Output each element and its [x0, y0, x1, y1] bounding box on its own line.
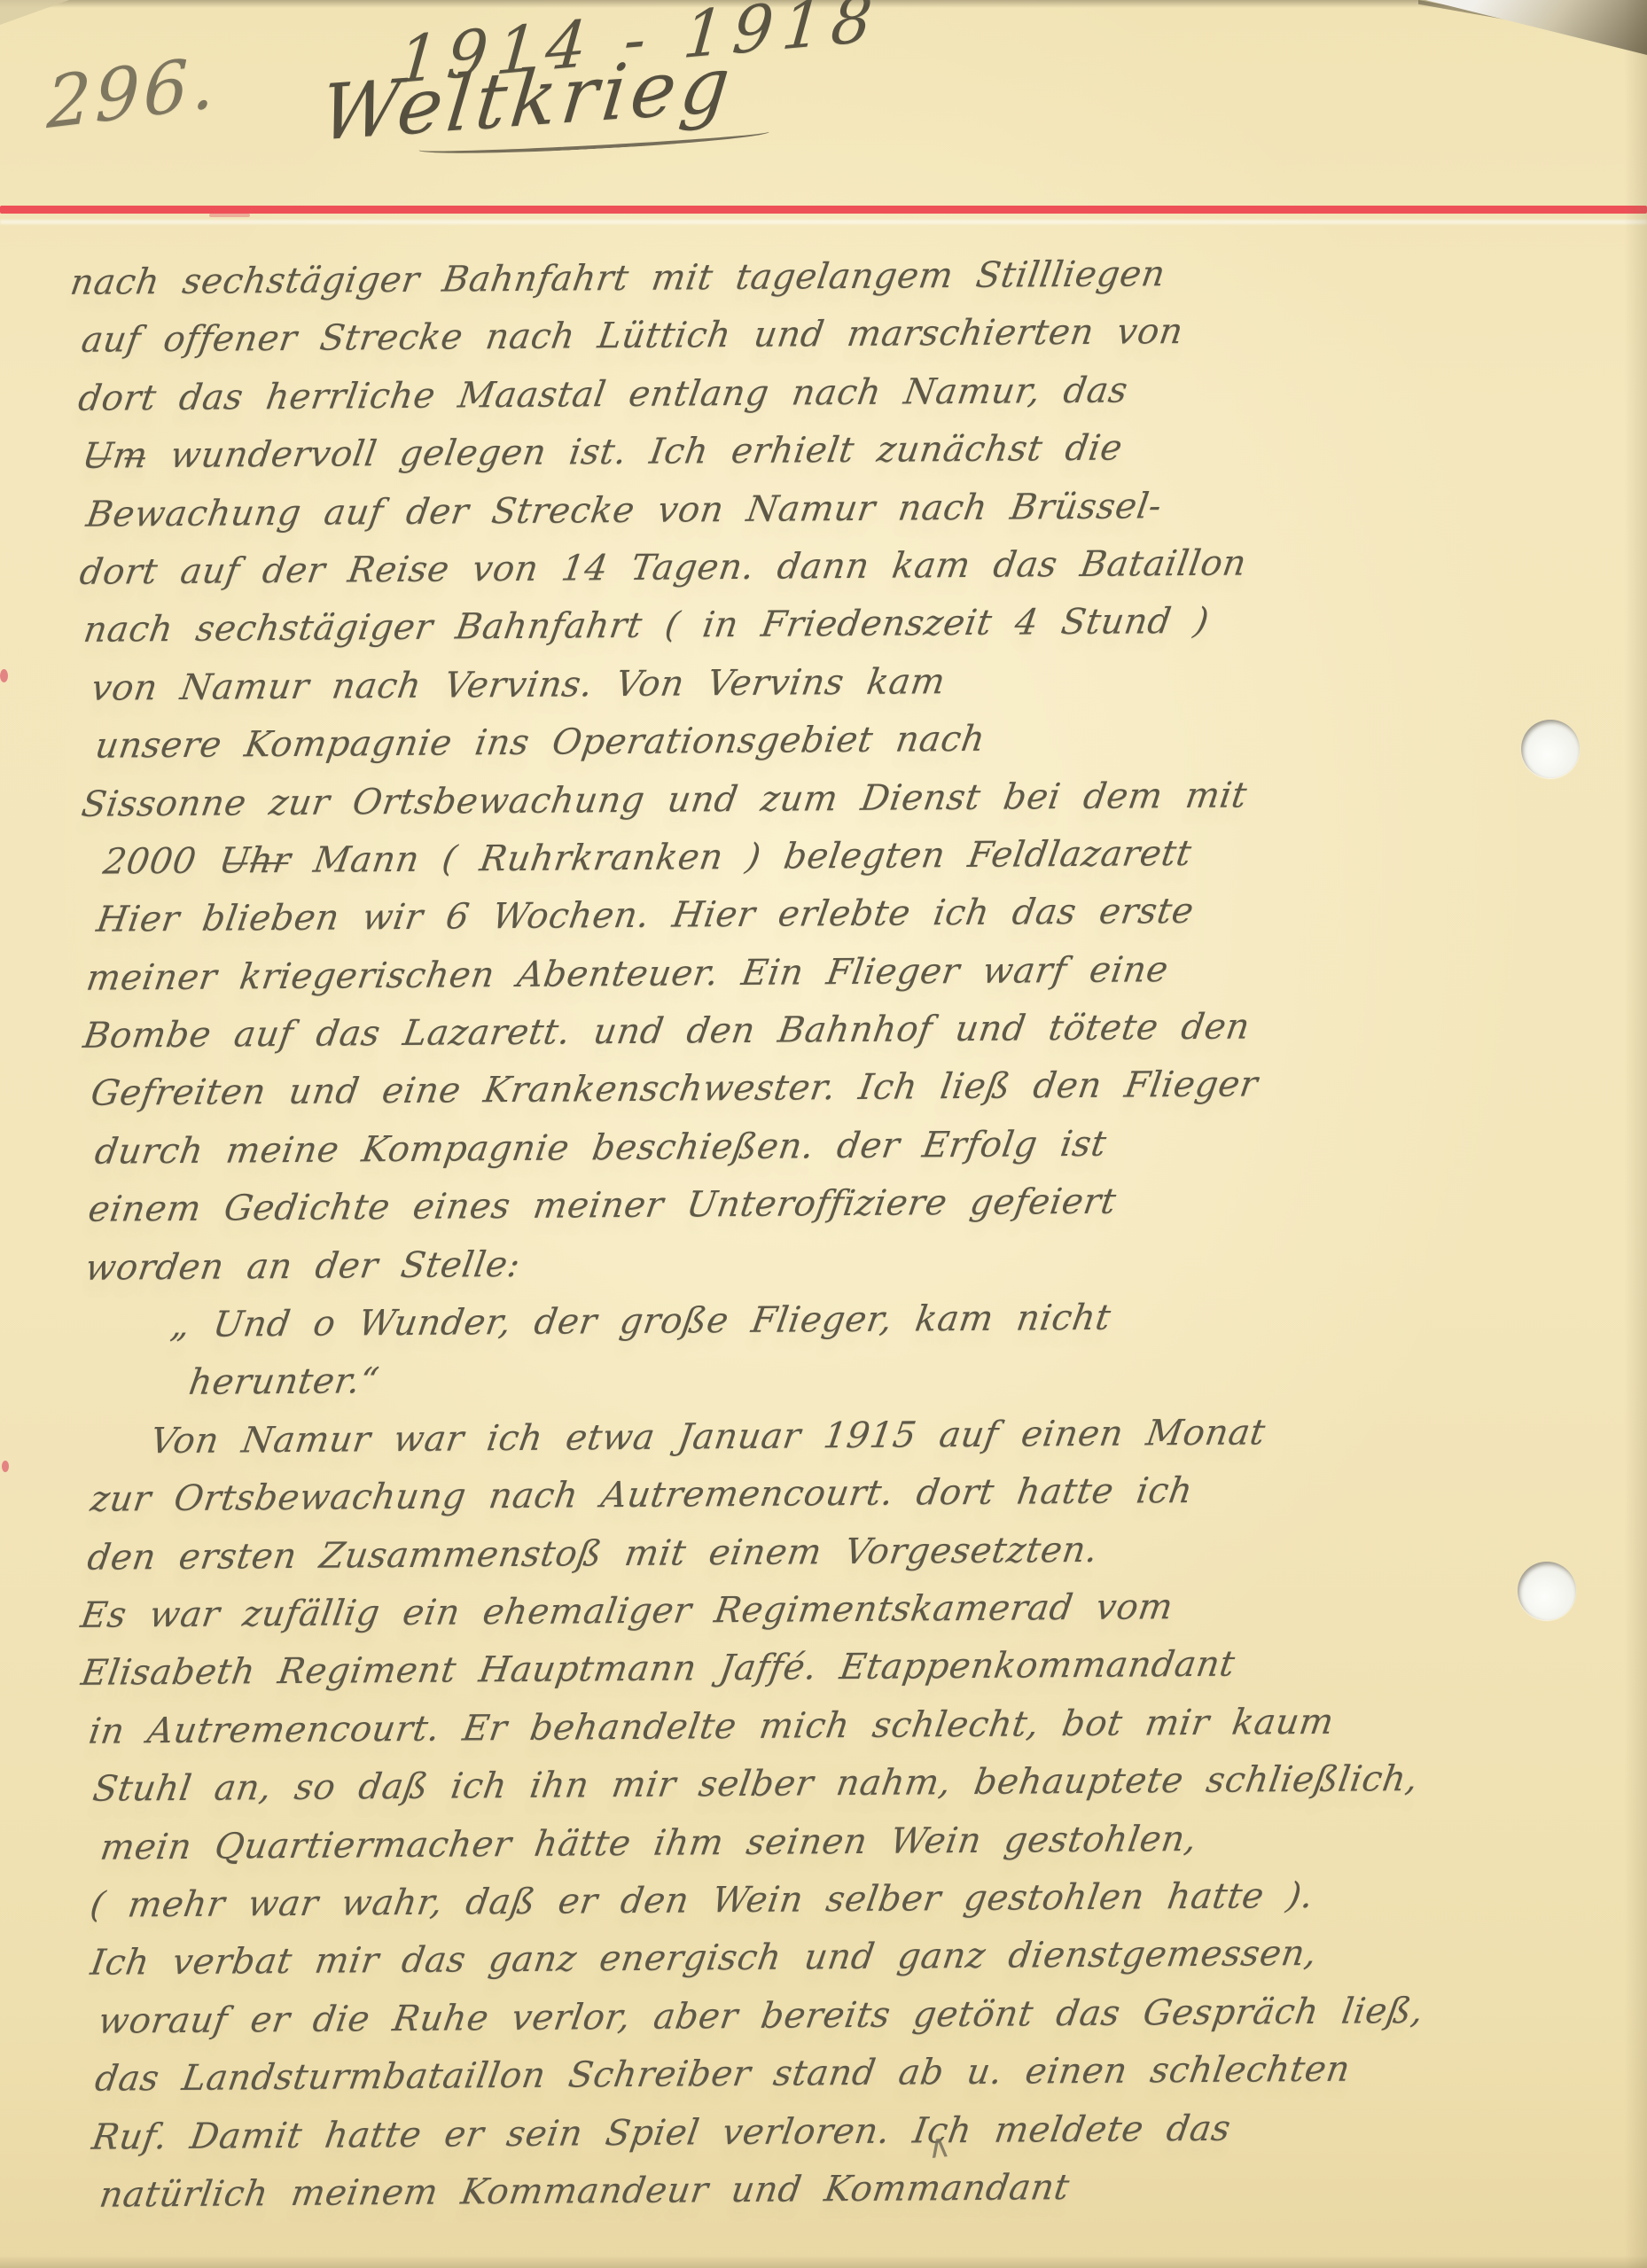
margin-red-speck	[2, 1461, 9, 1472]
torn-corner-top-right	[1425, 0, 1647, 55]
paper-bottom-edge	[0, 2256, 1647, 2268]
page-number: 296.	[46, 41, 218, 145]
margin-red-speck	[0, 669, 8, 682]
handwriting-lines: nach sechstägiger Bahnfahrt mit tagelang…	[70, 243, 1636, 2225]
handwriting-line: natürlich meinem Kommandeur und Kommanda…	[82, 2155, 1642, 2225]
red-ruled-line	[0, 206, 1647, 214]
paper-right-edge	[1624, 0, 1647, 2268]
pencil-insertion-caret: ∧	[925, 2128, 953, 2167]
red-ruled-line-emboss	[0, 220, 1647, 224]
punch-hole-top	[1521, 720, 1580, 778]
punch-hole-bottom	[1518, 1562, 1576, 1620]
manuscript-page: 296. 1914 - 1918 Weltkrieg nach sechstäg…	[0, 0, 1647, 2268]
red-ink-smudge	[209, 214, 250, 217]
